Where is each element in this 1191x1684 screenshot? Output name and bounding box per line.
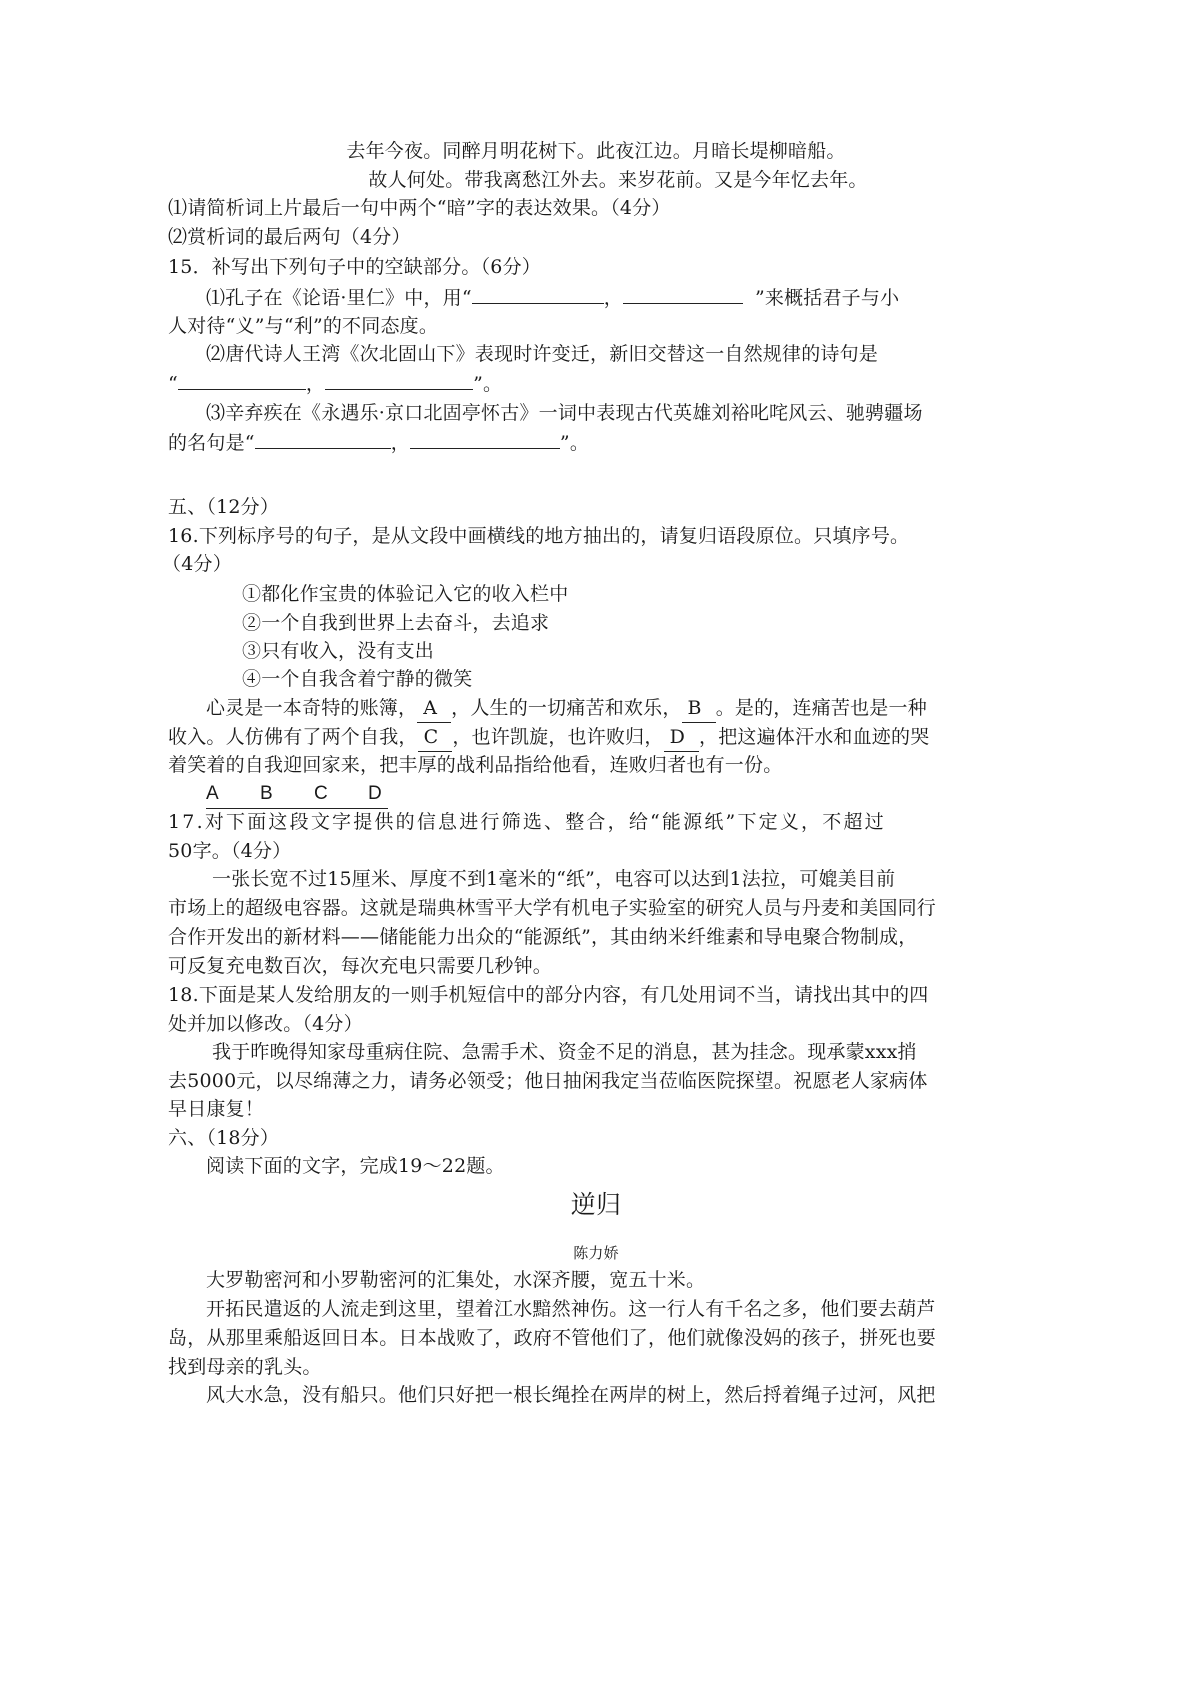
exam-page: 去年今夜。同醉月明花树下。此夜江边。月暗长堤柳暗船。 故人何处。带我离愁江外去。…: [0, 0, 1191, 1684]
blank-c[interactable]: C: [418, 723, 453, 752]
q17-passage-1: 一张长宽不过15厘米、厚度不到1毫米的“纸”，电容可以达到1法拉，可媲美目前: [168, 865, 1068, 893]
q15-sub2-blanks: “，”。: [168, 369, 1024, 398]
answer-blank[interactable]: [325, 369, 473, 390]
q16-option-3: ③只有收入，没有支出: [172, 637, 1098, 665]
comma: ，: [306, 373, 325, 395]
q15-sub1-line2: 人对待“义”与“利”的不同态度。: [168, 312, 1024, 340]
answer-blank[interactable]: [178, 369, 306, 390]
passage-text: ，人生的一切痛苦和欢乐，: [451, 697, 681, 719]
q16-option-2: ②一个自我到世界上去奋斗，去追求: [172, 609, 1098, 637]
answer-blank[interactable]: [255, 428, 391, 449]
q16-score: （4分）: [162, 550, 1018, 578]
q15-title: 15．补写出下列句子中的空缺部分。（6分）: [168, 253, 1024, 281]
answer-blank[interactable]: [472, 283, 604, 304]
comma: ，: [391, 432, 410, 454]
q17-title-2: 50字。（4分）: [168, 837, 1024, 865]
q15-sub3-blanks: 的名句是“，”。: [168, 428, 1024, 457]
q14-sub2: ⑵赏析词的最后两句（4分）: [168, 223, 1024, 251]
q15-sub1-suffix: ”来概括君子与小: [743, 287, 899, 309]
q15-sub1: ⑴孔子在《论语·里仁》中，用“，”来概括君子与小: [168, 283, 1062, 312]
q16-option-1: ①都化作宝贵的体验记入它的收入栏中: [172, 580, 1098, 608]
blank-a[interactable]: A: [417, 694, 451, 723]
q18-title-2: 处并加以修改。（4分）: [168, 1010, 1024, 1038]
q15-sub1-prefix: ⑴孔子在《论语·里仁》中，用“: [206, 287, 472, 309]
label-a: A: [206, 780, 260, 808]
label-c: C: [314, 780, 368, 808]
story-title: 逆归: [168, 1188, 1024, 1222]
q15-sub3-prefix: 的名句是“: [168, 432, 255, 454]
passage-text: ，也许凯旋，也许败归，: [452, 726, 663, 748]
passage-text: 收入。人仿佛有了两个自我，: [168, 726, 418, 748]
q16-option-4: ④一个自我含着宁静的微笑: [172, 665, 1098, 693]
open-quote: “: [168, 373, 178, 395]
q16-answer-row: ABCD: [168, 780, 1062, 809]
passage-text: ，把这遍体汗水和血迹的哭: [699, 726, 929, 748]
section-6-instruction: 阅读下面的文字，完成19～22题。: [168, 1152, 1062, 1180]
story-paragraph-1: 大罗勒密河和小罗勒密河的汇集处，水深齐腰，宽五十米。: [168, 1266, 1062, 1294]
passage-text: 心灵是一本奇特的账簿，: [206, 697, 417, 719]
section-6-heading: 六、（18分）: [168, 1124, 1024, 1152]
answer-blank[interactable]: [410, 428, 560, 449]
story-paragraph-2: 开拓民遣返的人流走到这里，望着江水黯然神伤。这一行人有千名之多，他们要去葫芦: [168, 1295, 1062, 1323]
poem-line-2: 故人何处。带我离愁江外去。来岁花前。又是今年忆去年。: [168, 166, 1046, 194]
q14-sub1: ⑴请简析词上片最后一句中两个“暗”字的表达效果。（4分）: [168, 194, 1024, 222]
passage-text: 。是的，连痛苦也是一种: [716, 697, 927, 719]
story-author: 陈力娇: [168, 1242, 1024, 1264]
q17-passage-2: 市场上的超级电容器。这就是瑞典林雪平大学有机电子实验室的研究人员与丹麦和美国同行: [168, 894, 1024, 922]
label-d: D: [368, 780, 388, 808]
q17-passage-3: 合作开发出的新材料——储能能力出众的“能源纸”，其由纳米纤维素和导电聚合物制成，: [168, 923, 1024, 951]
label-b: B: [260, 780, 314, 808]
comma: ，: [604, 287, 623, 309]
q18-passage-3: 早日康复！: [168, 1095, 1024, 1123]
q16-passage-line-3: 着笑着的自我迎回家来，把丰厚的战利品指给他看，连败归者也有一份。: [168, 751, 1024, 779]
answer-blank[interactable]: [623, 283, 743, 304]
q15-sub3: ⑶辛弃疾在《永遇乐·京口北固亭怀古》一词中表现古代英雄刘裕叱咤风云、驰骋疆场: [168, 399, 1062, 427]
blank-d[interactable]: D: [664, 723, 699, 752]
q18-passage-2: 去5000元，以尽绵薄之力，请务必领受；他日抽闲我定当莅临医院探望。祝愿老人家病…: [168, 1067, 1024, 1095]
story-paragraph-2-end: 找到母亲的乳头。: [168, 1353, 1024, 1381]
q17-title: 17.对下面这段文字提供的信息进行筛选、整合，给“能源纸”下定义，不超过: [168, 808, 1024, 836]
q16-passage-line-1: 心灵是一本奇特的账簿，A，人生的一切痛苦和欢乐，B。是的，连痛苦也是一种: [168, 694, 1062, 723]
story-paragraph-2-cont: 岛，从那里乘船返回日本。日本战败了，政府不管他们了，他们就像没妈的孩子，拼死也要: [168, 1324, 1024, 1352]
q18-passage-1: 我于昨晚得知家母重病住院、急需手术、资金不足的消息，甚为挂念。现承蒙xxx捎: [168, 1038, 1068, 1066]
poem-line-1: 去年今夜。同醉月明花树下。此夜江边。月暗长堤柳暗船。: [168, 137, 1024, 165]
blank-b[interactable]: B: [682, 694, 716, 723]
story-paragraph-3: 风大水急，没有船只。他们只好把一根长绳拴在两岸的树上，然后捋着绳子过河，风把: [168, 1381, 1062, 1409]
q17-passage-4: 可反复充电数百次，每次充电只需要几秒钟。: [168, 952, 1024, 980]
q15-sub2: ⑵唐代诗人王湾《次北固山下》表现时许变迁，新旧交替这一自然规律的诗句是: [168, 340, 1062, 368]
q16-title: 16.下列标序号的句子，是从文段中画横线的地方抽出的，请复归语段原位。只填序号。: [168, 522, 1024, 550]
close-quote: ”。: [473, 373, 502, 395]
close-quote: ”。: [560, 432, 589, 454]
q16-passage-line-2: 收入。人仿佛有了两个自我，C，也许凯旋，也许败归，D，把这遍体汗水和血迹的哭: [168, 723, 1024, 752]
answer-labels[interactable]: ABCD: [206, 780, 388, 809]
section-5-heading: 五、（12分）: [168, 493, 1024, 521]
q18-title: 18.下面是某人发给朋友的一则手机短信中的部分内容，有几处用词不当，请找出其中的…: [168, 981, 1024, 1009]
